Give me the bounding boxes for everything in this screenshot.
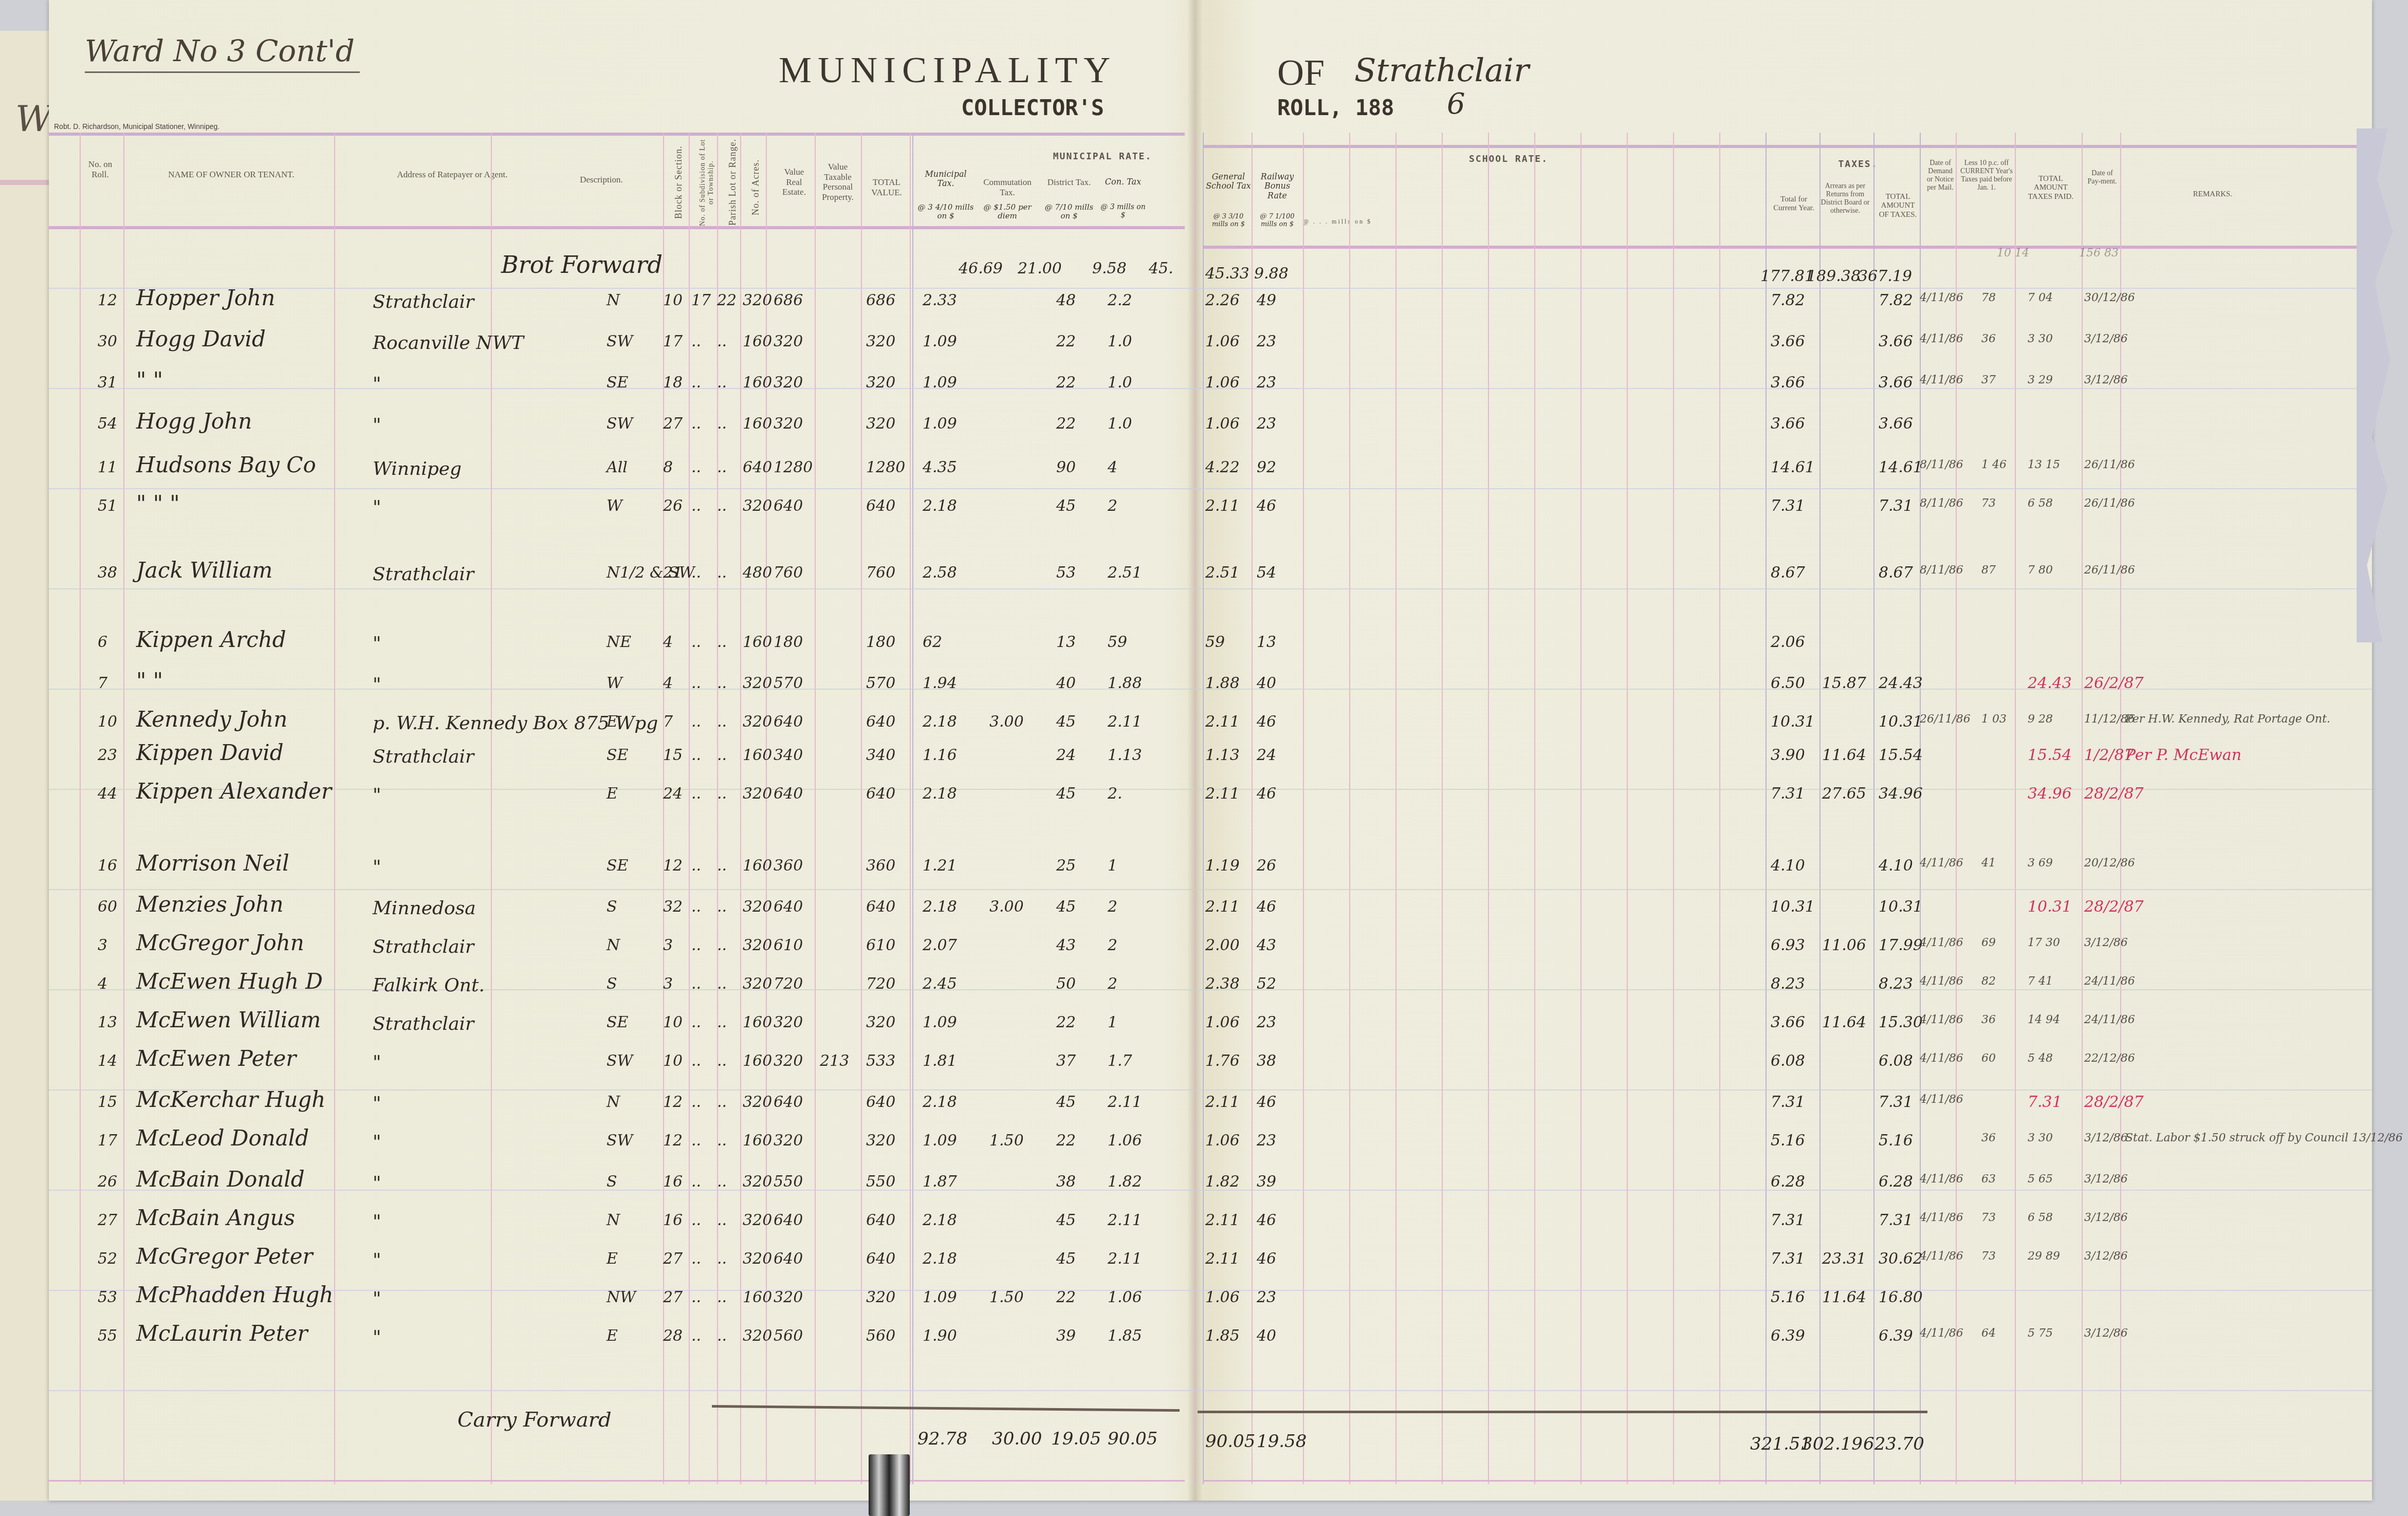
- entry-general-school-tax: 1.06: [1205, 1132, 1240, 1150]
- entry-general-school-tax: 2.11: [1205, 1093, 1240, 1111]
- entry-arrears: 27.65: [1822, 785, 1866, 803]
- entry-total-current-year: 6.39: [1771, 1327, 1805, 1345]
- entry-date-demand: 4/11/86: [1920, 1013, 1963, 1026]
- municipality-name: Strathclair: [1354, 51, 1529, 89]
- entry-total-paid: 13 15: [2028, 458, 2060, 471]
- cf-municipal-tax: 92.78: [917, 1429, 967, 1449]
- entry-total-amount: 6.08: [1879, 1052, 1913, 1070]
- entry-roll-number: 31: [98, 374, 117, 392]
- table-row: 55McLaurin Peter"E28....3205605601.90391…: [49, 1321, 2372, 1367]
- entry-council-tax: 1.06: [1108, 1288, 1142, 1306]
- entry-less-10pc: 60: [1981, 1052, 1996, 1065]
- entry-address: ": [373, 1173, 381, 1194]
- header-blank-rates: @ . . . mills on $: [1303, 218, 1755, 226]
- entry-municipal-tax: 1.94: [923, 674, 957, 692]
- header-municipal-rate-group: MUNICIPAL RATE.: [1015, 152, 1190, 162]
- entry-total-paid: 3 29: [2028, 374, 2053, 386]
- entry-section: 18: [663, 374, 683, 392]
- entry-owner-name: " ": [136, 668, 163, 693]
- entry-owner-name: McEwen William: [136, 1007, 321, 1032]
- header-address: Address of Ratepayer or Agent.: [375, 170, 529, 180]
- entry-date-payment: 3/12/86: [2084, 1327, 2128, 1340]
- entry-section: 27: [663, 1288, 683, 1306]
- entry-municipal-tax: 1.21: [923, 857, 957, 875]
- entry-township: ..: [691, 1288, 701, 1306]
- entry-range: ..: [717, 1013, 727, 1031]
- entry-acres: 320: [743, 1173, 772, 1191]
- entry-address: ": [373, 1093, 381, 1114]
- entry-date-demand: 4/11/86: [1920, 332, 1963, 345]
- entry-description: N: [606, 1093, 620, 1111]
- entry-less-10pc: 64: [1981, 1327, 1996, 1340]
- entry-roll-number: 54: [98, 415, 117, 433]
- entry-total-paid: 29 89: [2028, 1250, 2060, 1263]
- entry-less-10pc: 82: [1981, 975, 1996, 988]
- entry-district-tax: 22: [1056, 374, 1076, 392]
- header-acres: No. of Acres.: [750, 154, 761, 221]
- entry-total-value: 640: [866, 1211, 895, 1229]
- entry-roll-number: 6: [98, 633, 107, 651]
- bf-municipal-tax: 46.69: [959, 260, 1003, 278]
- table-row: 31" ""SE18....1603203201.09221.01.06233.…: [49, 367, 2372, 414]
- entry-general-school-tax: 1.85: [1205, 1327, 1240, 1345]
- entry-general-school-tax: 1.06: [1205, 1288, 1240, 1306]
- entry-range: ..: [717, 936, 727, 954]
- entry-value-real: 720: [774, 975, 803, 993]
- entry-total-value: 320: [866, 415, 895, 433]
- entry-address: Winnipeg: [373, 458, 462, 479]
- entry-description: E: [606, 1327, 618, 1345]
- entry-date-demand: 8/11/86: [1920, 458, 1963, 471]
- entry-township: ..: [691, 857, 701, 875]
- entry-range: 22: [717, 291, 737, 309]
- entry-acres: 320: [743, 674, 772, 692]
- header-general-school-rate: @ 3 3/10 mills on $: [1205, 213, 1252, 229]
- entry-total-value: 360: [866, 857, 895, 875]
- entry-general-school-tax: 2.11: [1205, 785, 1240, 803]
- entry-range: ..: [717, 713, 727, 731]
- entry-owner-name: McEwen Hugh D: [136, 969, 323, 994]
- entry-roll-number: 4: [98, 975, 107, 993]
- entry-total-current-year: 3.90: [1771, 746, 1805, 764]
- entry-district-tax: 22: [1056, 415, 1076, 433]
- entry-total-value: 640: [866, 898, 895, 916]
- entry-date-demand: 4/11/86: [1920, 374, 1963, 386]
- entry-total-current-year: 4.10: [1771, 857, 1805, 875]
- entry-less-10pc: 73: [1981, 497, 1996, 510]
- header-bottom-rule-left: [49, 226, 1185, 229]
- bf-council: 45.: [1149, 260, 1173, 278]
- entry-owner-name: Kippen Alexander: [136, 779, 332, 804]
- entry-address: ": [373, 1327, 381, 1348]
- entry-value-real: 570: [774, 674, 803, 692]
- entry-arrears: 11.64: [1822, 746, 1866, 764]
- entry-total-current-year: 3.66: [1771, 374, 1805, 392]
- entry-value-real: 320: [774, 415, 803, 433]
- entry-total-amount: 15.30: [1879, 1013, 1923, 1031]
- entry-general-school-tax: 2.11: [1205, 1250, 1240, 1268]
- entry-railway-bonus: 23: [1257, 1132, 1276, 1150]
- entry-date-payment: 3/12/86: [2084, 374, 2128, 386]
- entry-acres: 160: [743, 374, 772, 392]
- entry-section: 12: [663, 1093, 683, 1111]
- entry-total-paid: 9 28: [2028, 713, 2053, 726]
- entry-district-tax: 38: [1056, 1173, 1076, 1191]
- entry-description: SW: [606, 1052, 633, 1070]
- entry-municipal-tax: 1.09: [923, 1288, 957, 1306]
- entry-total-amount: 24.43: [1879, 674, 1923, 692]
- entry-railway-bonus: 54: [1257, 564, 1276, 582]
- entry-description: E: [606, 785, 618, 803]
- entry-value-real: 560: [774, 1327, 803, 1345]
- header-description: Description.: [542, 175, 660, 185]
- entry-total-current-year: 8.23: [1771, 975, 1805, 993]
- entry-council-tax: 2.11: [1108, 1093, 1142, 1111]
- entry-total-amount: 15.54: [1879, 746, 1923, 764]
- entry-range: ..: [717, 1132, 727, 1150]
- entry-section: 3: [663, 975, 673, 993]
- entry-range: ..: [717, 1052, 727, 1070]
- entry-total-amount: 7.31: [1879, 1211, 1913, 1229]
- entry-address: ": [373, 1132, 381, 1153]
- entry-commutation-tax: 3.00: [989, 713, 1024, 731]
- entry-acres: 160: [743, 1288, 772, 1306]
- entry-acres: 160: [743, 1013, 772, 1031]
- entry-total-value: 533: [866, 1052, 895, 1070]
- entry-description: SE: [606, 1013, 628, 1031]
- header-arrears: Arrears as per Returns from District Boa…: [1819, 182, 1871, 215]
- entry-general-school-tax: 2.11: [1205, 497, 1240, 515]
- entry-range: ..: [717, 1093, 727, 1111]
- entry-date-demand: 8/11/86: [1920, 564, 1963, 577]
- entry-railway-bonus: 46: [1257, 1250, 1276, 1268]
- entry-total-paid: 7.31: [2028, 1093, 2062, 1111]
- entry-section: 7: [663, 713, 673, 731]
- bf-faint-less: 10 14: [1997, 247, 2029, 260]
- entry-value-personal: 213: [820, 1052, 849, 1070]
- entry-railway-bonus: 39: [1257, 1173, 1276, 1191]
- entry-total-paid: 6 58: [2028, 1211, 2053, 1224]
- entry-total-amount: 10.31: [1879, 713, 1923, 731]
- entry-municipal-tax: 2.18: [923, 1250, 957, 1268]
- entry-total-amount: 30.62: [1879, 1250, 1923, 1268]
- entry-address: Falkirk Ont.: [373, 975, 485, 996]
- entry-district-tax: 22: [1056, 1132, 1076, 1150]
- entry-railway-bonus: 40: [1257, 674, 1276, 692]
- entry-municipal-tax: 1.81: [923, 1052, 957, 1070]
- entry-description: S: [606, 1173, 617, 1191]
- entry-acres: 320: [743, 1327, 772, 1345]
- entry-owner-name: McBain Angus: [136, 1205, 295, 1230]
- entry-description: SE: [606, 746, 628, 764]
- entry-total-paid: 14 94: [2028, 1013, 2060, 1026]
- entry-acres: 320: [743, 1211, 772, 1229]
- header-total-amount-taxes: TOTAL AMOUNT OF TAXES.: [1876, 193, 1920, 219]
- entry-acres: 320: [743, 713, 772, 731]
- entry-council-tax: 2: [1108, 898, 1117, 916]
- entry-owner-name: McGregor Peter: [136, 1244, 313, 1269]
- entry-roll-number: 10: [98, 713, 117, 731]
- header-no-on-roll: No. on Roll.: [80, 159, 121, 179]
- entry-less-10pc: 69: [1981, 936, 1996, 949]
- entry-total-paid: 10.31: [2028, 898, 2072, 916]
- title-of: OF: [1277, 51, 1325, 94]
- entry-remarks: Stat. Labor $1.50 struck off by Council …: [2125, 1132, 2403, 1144]
- footer-rule-left: [49, 1480, 1185, 1482]
- entry-owner-name: Hogg David: [136, 326, 266, 352]
- footer-rule-right: [1203, 1480, 2372, 1482]
- entry-value-real: 640: [774, 785, 803, 803]
- entry-section: 8: [663, 458, 673, 476]
- header-council-rate: @ 3 mills on $: [1100, 203, 1146, 219]
- entry-section: 21: [663, 564, 683, 582]
- entry-total-paid: 5 48: [2028, 1052, 2053, 1065]
- bf-railway: 9.88: [1254, 265, 1289, 283]
- entry-address: Strathclair: [373, 564, 474, 585]
- entry-total-current-year: 6.50: [1771, 674, 1805, 692]
- entry-value-real: 610: [774, 936, 803, 954]
- header-district-tax: District Tax.: [1043, 177, 1095, 188]
- entry-acres: 320: [743, 497, 772, 515]
- entry-total-amount: 10.31: [1879, 898, 1923, 916]
- entry-total-paid: 6 58: [2028, 497, 2053, 510]
- entry-value-real: 320: [774, 332, 803, 350]
- entry-acres: 320: [743, 1250, 772, 1268]
- entry-roll-number: 7: [98, 674, 107, 692]
- entry-address: Strathclair: [373, 746, 474, 767]
- entry-date-demand: 4/11/86: [1920, 1327, 1963, 1340]
- ledger-spread: Ward No 3 Cont'd MUNICIPALITY OF Strathc…: [49, 0, 2372, 1501]
- entry-section: 3: [663, 936, 673, 954]
- entry-total-current-year: 7.82: [1771, 291, 1805, 309]
- entry-value-real: 320: [774, 1132, 803, 1150]
- entry-council-tax: 1.82: [1108, 1173, 1142, 1191]
- entry-address: ": [373, 1250, 381, 1271]
- entry-range: ..: [717, 633, 727, 651]
- entry-general-school-tax: 1.82: [1205, 1173, 1240, 1191]
- entry-district-tax: 45: [1056, 898, 1076, 916]
- entry-total-current-year: 7.31: [1771, 1250, 1805, 1268]
- entry-general-school-tax: 1.06: [1205, 374, 1240, 392]
- entry-township: ..: [691, 1013, 701, 1031]
- entry-date-demand: 4/11/86: [1920, 936, 1963, 949]
- entry-owner-name: McEwen Peter: [136, 1046, 296, 1071]
- entry-total-amount: 17.99: [1879, 936, 1923, 954]
- header-municipal-tax-rate: @ 3 4/10 mills on $: [917, 203, 974, 221]
- entry-total-value: 320: [866, 374, 895, 392]
- entry-total-amount: 14.61: [1879, 458, 1923, 476]
- entry-date-payment: 20/12/86: [2084, 857, 2135, 870]
- entry-council-tax: 2.2: [1108, 291, 1132, 309]
- entry-range: ..: [717, 458, 727, 476]
- table-row: 17McLeod Donald"SW12....1603203201.091.5…: [49, 1125, 2372, 1172]
- bf-arrears: 189.38: [1807, 267, 1861, 285]
- entry-less-10pc: 36: [1981, 1013, 1996, 1026]
- entry-description: N: [606, 1211, 620, 1229]
- entry-less-10pc: 87: [1981, 564, 1996, 577]
- entry-date-demand: 8/11/86: [1920, 497, 1963, 510]
- cf-district: 19.05: [1051, 1429, 1101, 1449]
- entry-township: ..: [691, 1250, 701, 1268]
- entry-owner-name: Hogg John: [136, 409, 252, 434]
- entry-arrears: 23.31: [1822, 1250, 1866, 1268]
- entry-municipal-tax: 2.45: [923, 975, 957, 993]
- entry-council-tax: 1.06: [1108, 1132, 1142, 1150]
- entry-district-tax: 45: [1056, 713, 1076, 731]
- entry-date-payment: 24/11/86: [2084, 975, 2135, 988]
- entry-total-amount: 8.23: [1879, 975, 1913, 993]
- entry-value-real: 1280: [774, 458, 813, 476]
- entry-total-paid: 3 69: [2028, 857, 2053, 870]
- entry-total-value: 560: [866, 1327, 895, 1345]
- entry-address: ": [373, 674, 381, 695]
- entry-district-tax: 40: [1056, 674, 1076, 692]
- entry-total-current-year: 2.06: [1771, 633, 1805, 651]
- entry-range: ..: [717, 415, 727, 433]
- table-row: 44Kippen Alexander"E24....3206406402.184…: [49, 779, 2372, 825]
- entry-total-value: 640: [866, 713, 895, 731]
- entry-district-tax: 25: [1056, 857, 1076, 875]
- entry-address: ": [373, 633, 381, 654]
- entry-total-value: 550: [866, 1173, 895, 1191]
- entry-council-tax: 2: [1108, 975, 1117, 993]
- cf-railway: 19.58: [1257, 1431, 1307, 1452]
- entry-total-value: 760: [866, 564, 895, 582]
- entry-address: ": [373, 785, 381, 806]
- entry-section: 12: [663, 1132, 683, 1150]
- entry-range: ..: [717, 1288, 727, 1306]
- entry-owner-name: McBain Donald: [136, 1167, 305, 1192]
- entry-township: ..: [691, 1173, 701, 1191]
- entry-address: ": [373, 857, 381, 878]
- roll-year-suffix: 6: [1447, 87, 1465, 121]
- entry-acres: 160: [743, 633, 772, 651]
- entry-total-paid: 15.54: [2028, 746, 2072, 764]
- entry-municipal-tax: 2.18: [923, 497, 957, 515]
- entry-general-school-tax: 1.06: [1205, 332, 1240, 350]
- entry-description: NW: [606, 1288, 636, 1306]
- entry-municipal-tax: 2.18: [923, 898, 957, 916]
- entry-section: 10: [663, 1013, 683, 1031]
- entry-district-tax: 48: [1056, 291, 1076, 309]
- entry-township: ..: [691, 332, 701, 350]
- header-total-current-year: Total for Current Year.: [1771, 195, 1817, 213]
- entry-general-school-tax: 1.76: [1205, 1052, 1240, 1070]
- header-municipal-tax: Municipal Tax.: [917, 170, 974, 189]
- header-subdivision: No. of Subdivision of Lot or Township.: [699, 139, 715, 226]
- entry-less-10pc: 73: [1981, 1211, 1996, 1224]
- entry-township: ..: [691, 1132, 701, 1150]
- entry-arrears: 11.64: [1822, 1013, 1866, 1031]
- entry-roll-number: 30: [98, 332, 117, 350]
- entry-less-10pc: 63: [1981, 1173, 1996, 1186]
- entry-total-value: 686: [866, 291, 895, 309]
- entry-owner-name: Hudsons Bay Co: [136, 452, 316, 477]
- entry-township: ..: [691, 936, 701, 954]
- binder-clip: [869, 1454, 910, 1516]
- entry-total-current-year: 3.66: [1771, 332, 1805, 350]
- entry-total-value: 320: [866, 332, 895, 350]
- entry-date-demand: 4/11/86: [1920, 975, 1963, 988]
- entry-section: 15: [663, 746, 683, 764]
- entry-roll-number: 53: [98, 1288, 117, 1306]
- entry-council-tax: 2.51: [1108, 564, 1142, 582]
- entry-municipal-tax: 1.09: [923, 1013, 957, 1031]
- entry-total-current-year: 6.08: [1771, 1052, 1805, 1070]
- entry-total-value: 640: [866, 785, 895, 803]
- table-row: 30Hogg DavidRocanville NWTSW17....160320…: [49, 326, 2372, 373]
- entry-address: ": [373, 497, 381, 518]
- entry-date-payment: 3/12/86: [2084, 1132, 2128, 1144]
- header-value-real: Value Real Estate.: [776, 167, 812, 197]
- entry-council-tax: 2.11: [1108, 713, 1142, 731]
- entry-roll-number: 60: [98, 898, 117, 916]
- bf-total-amount: 367.19: [1858, 267, 1912, 285]
- entry-description: S: [606, 975, 617, 993]
- entry-railway-bonus: 23: [1257, 332, 1276, 350]
- entry-township: ..: [691, 497, 701, 515]
- entry-arrears: 15.87: [1822, 674, 1866, 692]
- entry-value-real: 760: [774, 564, 803, 582]
- entry-railway-bonus: 13: [1257, 633, 1276, 651]
- row-rule: [49, 1390, 2372, 1391]
- entry-date-payment: 24/11/86: [2084, 1013, 2135, 1026]
- entry-total-value: 610: [866, 936, 895, 954]
- entry-range: ..: [717, 857, 727, 875]
- entry-municipal-tax: 2.18: [923, 1211, 957, 1229]
- entry-railway-bonus: 40: [1257, 1327, 1276, 1345]
- entry-total-paid: 5 75: [2028, 1327, 2053, 1340]
- entry-section: 4: [663, 633, 673, 651]
- entry-address: Strathclair: [373, 291, 474, 312]
- stationer-imprint: Robt. D. Richardson, Municipal Stationer…: [54, 122, 219, 131]
- entry-section: 4: [663, 674, 673, 692]
- entry-range: ..: [717, 975, 727, 993]
- entry-general-school-tax: 1.88: [1205, 674, 1240, 692]
- entry-roll-number: 17: [98, 1132, 117, 1150]
- entry-railway-bonus: 23: [1257, 1288, 1276, 1306]
- entry-municipal-tax: 2.07: [923, 936, 957, 954]
- table-row: 38Jack WilliamStrathclairN1/2 & SW21....…: [49, 558, 2372, 604]
- entry-date-payment: 3/12/86: [2084, 936, 2128, 949]
- entry-total-amount: 6.28: [1879, 1173, 1913, 1191]
- entry-section: 10: [663, 1052, 683, 1070]
- entry-general-school-tax: 2.26: [1205, 291, 1240, 309]
- entry-value-real: 640: [774, 1211, 803, 1229]
- entry-owner-name: Kippen David: [136, 740, 284, 765]
- entry-railway-bonus: 92: [1257, 458, 1276, 476]
- entry-roll-number: 14: [98, 1052, 117, 1070]
- entry-date-payment: 3/12/86: [2084, 1250, 2128, 1263]
- entry-township: 17: [691, 291, 711, 309]
- header-total-value: TOTAL VALUE.: [866, 177, 907, 197]
- ward-heading: Ward No 3 Cont'd: [85, 33, 360, 73]
- entry-acres: 160: [743, 857, 772, 875]
- entry-value-real: 320: [774, 374, 803, 392]
- total-rule-left: [712, 1405, 1180, 1412]
- entry-total-current-year: 6.28: [1771, 1173, 1805, 1191]
- entry-township: ..: [691, 458, 701, 476]
- entry-total-amount: 4.10: [1879, 857, 1913, 875]
- entry-value-real: 640: [774, 1093, 803, 1111]
- entry-range: ..: [717, 374, 727, 392]
- entry-council-tax: 2: [1108, 497, 1117, 515]
- entry-general-school-tax: 2.51: [1205, 564, 1240, 582]
- entry-municipal-tax: 1.09: [923, 332, 957, 350]
- entry-owner-name: Menzies John: [136, 892, 283, 917]
- entry-municipal-tax: 2.33: [923, 291, 957, 309]
- entry-municipal-tax: 62: [923, 633, 942, 651]
